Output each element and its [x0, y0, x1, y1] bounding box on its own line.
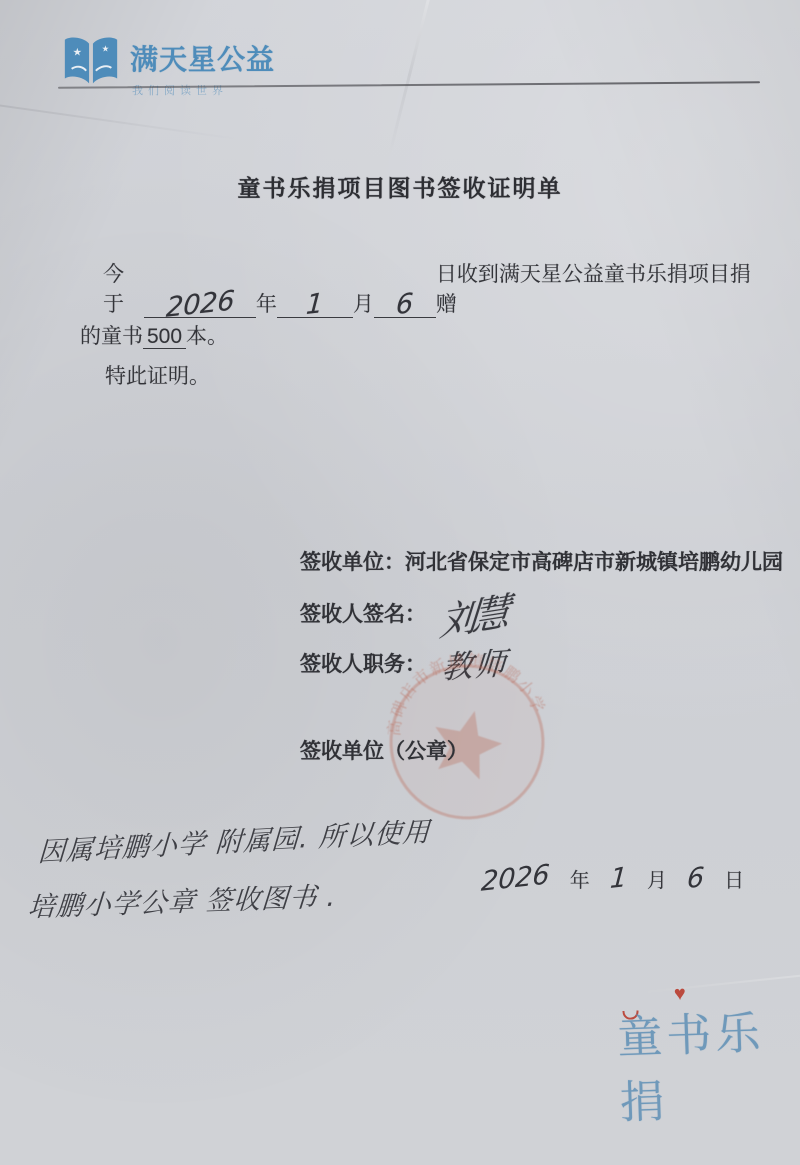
paper-crease [0, 102, 239, 140]
signer-label: 签收人签名： [300, 598, 426, 628]
svg-text:★: ★ [102, 43, 110, 53]
date-day-label: 日 [724, 864, 744, 893]
body-line-date: 今于 2026 年 1 月 6 日收到满天星公益童书乐捐项目捐赠 [103, 258, 763, 318]
handwritten-note-line-2: 培鹏小学公章 签收图书 . [27, 875, 338, 925]
date-year-label: 年 [570, 864, 590, 893]
receiver-unit-value: 河北省保定市高碑店市新城镇培鹏幼儿园 [405, 551, 783, 574]
body-prefix: 今于 [103, 258, 144, 318]
handwritten-day: 6 [396, 295, 414, 315]
org-name: 满天星公益 [130, 38, 275, 78]
project-logo: ♥ 童书乐捐 [616, 995, 800, 1111]
receiver-unit-line: 签收单位：河北省保定市高碑店市新城镇培鹏幼儿园 [300, 546, 783, 576]
seal-label: 签收单位（公章） [300, 735, 468, 765]
svg-text:★: ★ [73, 46, 83, 58]
project-logo-text: 童书乐捐 [616, 995, 800, 1131]
handwritten-month: 1 [306, 295, 324, 315]
day-blank: 6 [374, 296, 436, 318]
open-book-stars-icon: ★ ★ [60, 32, 122, 94]
count-prefix: 的童书 [80, 325, 143, 348]
year-label: 年 [256, 288, 277, 318]
year-blank: 2026 [144, 296, 256, 318]
handwritten-date-day: 6 [686, 868, 704, 888]
body-after-date: 日收到满天星公益童书乐捐项目捐赠 [436, 258, 763, 318]
page-title: 童书乐捐项目图书签收证明单 [0, 170, 800, 203]
handwritten-note-line-1: 因属培鹏小学 附属园. 所以使用 [37, 810, 431, 870]
paper-crease [387, 0, 431, 158]
receiver-unit-label: 签收单位： [300, 551, 405, 574]
handwritten-signature: 刘慧 [438, 580, 508, 647]
book-count: 500 [143, 325, 186, 349]
paper-crease [640, 969, 800, 994]
month-label: 月 [353, 288, 374, 318]
handwritten-date-year: 2026 [481, 866, 551, 891]
month-blank: 1 [277, 296, 353, 318]
photographed-receipt-document: { "header": { "org_name": "满天星公益", "tagl… [0, 0, 800, 1165]
body-line-count: 的童书500本。 [80, 320, 228, 350]
closing-statement: 特此证明。 [105, 360, 210, 390]
handwritten-year: 2026 [165, 292, 235, 317]
date-month-label: 月 [647, 864, 667, 893]
handwritten-date-month: 1 [609, 868, 627, 888]
count-suffix: 本。 [186, 325, 228, 348]
signature-date: 2026 年 1 月 6 日 [475, 864, 758, 893]
